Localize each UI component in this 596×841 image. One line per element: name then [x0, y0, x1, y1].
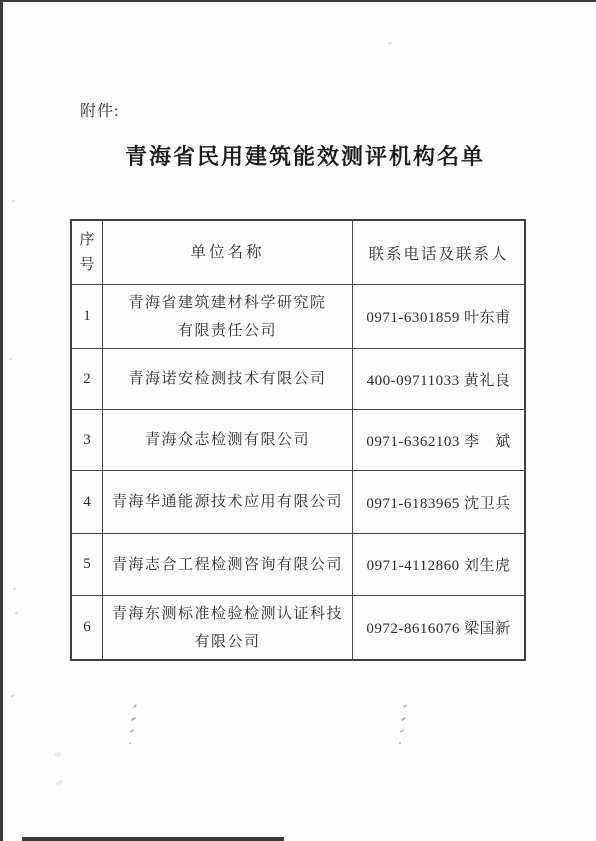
scan-speckle	[401, 717, 406, 722]
header-index: 序号	[72, 221, 102, 284]
table-row: 1 青海省建筑建材科学研究院 有限责任公司 0971-6301859 叶东甫	[72, 284, 524, 348]
scan-speckle	[403, 704, 407, 708]
company-name: 青海省建筑建材科学研究院 有限责任公司	[102, 285, 352, 348]
row-index: 3	[72, 410, 102, 470]
scan-speckle	[399, 742, 402, 745]
scan-speckle	[400, 729, 404, 733]
scan-speckle	[9, 357, 13, 360]
scan-speckle	[12, 199, 16, 202]
scan-speckle	[11, 694, 15, 697]
scan-edge-left	[0, 0, 3, 841]
header-company-name: 单位名称	[102, 221, 352, 284]
contact-info: 0972-8616076 梁国新	[352, 596, 524, 659]
contact-info: 400-09711033 黄礼良	[352, 349, 524, 409]
company-name-line: 青海诺安检测技术有限公司	[128, 365, 326, 393]
row-index: 2	[72, 349, 102, 409]
header-contact: 联系电话及联系人	[352, 221, 524, 284]
scan-speckle	[388, 41, 392, 45]
row-index: 6	[72, 596, 102, 659]
contact-info: 0971-4112860 刘生虎	[352, 534, 524, 595]
row-index: 1	[72, 285, 102, 348]
scan-speckle	[129, 742, 132, 745]
institutions-table: 序号 单位名称 联系电话及联系人 1 青海省建筑建材科学研究院 有限责任公司 0…	[70, 219, 526, 661]
scan-speckle	[131, 717, 136, 722]
scan-speckle	[133, 704, 137, 708]
table-row: 4 青海华通能源技术应用有限公司 0971-6183965 沈卫兵	[72, 470, 524, 533]
company-name-line: 青海东测标准检验检测认证科技	[112, 600, 343, 628]
company-name-line: 有限公司	[194, 628, 260, 656]
header-index-label: 序号	[78, 228, 96, 278]
company-name: 青海诺安检测技术有限公司	[102, 349, 352, 409]
company-name-line: 青海众志检测有限公司	[145, 426, 310, 454]
row-index: 5	[72, 534, 102, 595]
table-row: 2 青海诺安检测技术有限公司 400-09711033 黄礼良	[72, 348, 524, 409]
attachment-label: 附件:	[80, 98, 119, 121]
scan-speckle	[13, 587, 17, 590]
document-page: 附件: 青海省民用建筑能效测评机构名单 序号 单位名称 联系电话及联系人 1 青…	[0, 0, 596, 841]
company-name-line: 青海华通能源技术应用有限公司	[112, 488, 343, 516]
contact-info: 0971-6362103 李 斌	[352, 410, 524, 470]
table-row: 3 青海众志检测有限公司 0971-6362103 李 斌	[72, 409, 524, 470]
scan-speckle	[55, 779, 63, 786]
scan-edge-bottom	[22, 837, 284, 841]
page-title: 青海省民用建筑能效测评机构名单	[70, 140, 540, 171]
scan-speckle	[15, 611, 19, 614]
row-index: 4	[72, 471, 102, 533]
company-name: 青海华通能源技术应用有限公司	[102, 471, 352, 533]
company-name-line: 有限责任公司	[178, 317, 277, 345]
contact-info: 0971-6183965 沈卫兵	[352, 471, 524, 533]
scan-speckle	[54, 751, 62, 759]
company-name: 青海东测标准检验检测认证科技 有限公司	[102, 596, 352, 659]
scan-speckle	[130, 729, 134, 733]
company-name: 青海众志检测有限公司	[102, 410, 352, 470]
company-name-line: 青海省建筑建材科学研究院	[128, 289, 326, 317]
company-name-line: 青海志合工程检测咨询有限公司	[112, 551, 343, 579]
table-row: 5 青海志合工程检测咨询有限公司 0971-4112860 刘生虎	[72, 533, 524, 595]
table-row: 6 青海东测标准检验检测认证科技 有限公司 0972-8616076 梁国新	[72, 595, 524, 659]
table-header-row: 序号 单位名称 联系电话及联系人	[72, 221, 524, 284]
contact-info: 0971-6301859 叶东甫	[352, 285, 524, 348]
company-name: 青海志合工程检测咨询有限公司	[102, 534, 352, 595]
scan-edge-top	[0, 0, 596, 2]
